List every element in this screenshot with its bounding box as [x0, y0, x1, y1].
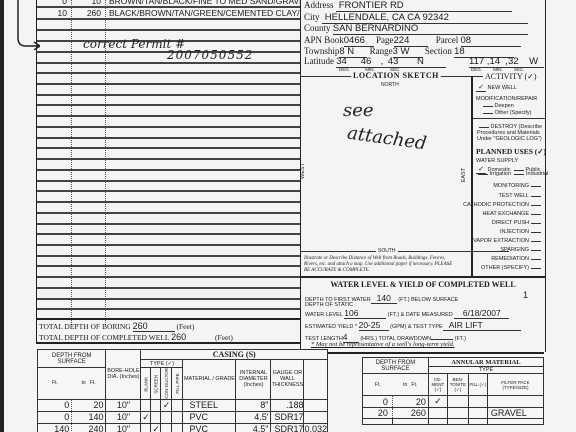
static-level-value: 106	[344, 308, 386, 319]
east-label: EAST	[461, 168, 467, 182]
deepen-label: Deepen	[495, 103, 514, 109]
bore: 10"	[106, 399, 141, 411]
new-well-checkbox[interactable]: ✓	[476, 83, 486, 92]
header-type: TYPE (✓)	[141, 360, 183, 368]
unit: (Feet)	[215, 333, 233, 342]
label: Page	[376, 35, 394, 45]
label: ESTIMATED YIELD *	[305, 324, 357, 330]
header-gauge: GAUGE OR WALL THICKNESS	[271, 360, 304, 400]
county-row: County SAN BERNARDINO	[304, 23, 528, 35]
handwritten-see: see	[343, 100, 374, 121]
to: to	[403, 382, 407, 388]
bentonite-check	[447, 396, 468, 408]
well-location-panel: WELL LOCATION Address FRONTIER RD City H…	[300, 0, 546, 352]
south-label: SOUTH	[376, 248, 398, 254]
label: Parcel	[436, 35, 459, 45]
to: 140	[72, 411, 106, 423]
geologic-log-panel: 0 10 BROWN/TAN/BLACK/FINE TO MED SAND/GR…	[36, 0, 301, 342]
industrial-label: Industrial	[526, 171, 548, 177]
diameter: 4.5"	[236, 423, 271, 432]
header-screen: SCREEN	[151, 368, 161, 400]
material: PVC	[183, 411, 236, 423]
annular-row: 0 20 ✓	[363, 396, 544, 408]
sparging-checkbox[interactable]	[531, 250, 541, 251]
injection-checkbox[interactable]	[531, 232, 541, 233]
diameter: 4.5'	[236, 411, 271, 423]
use-heat-exchange: HEAT EXCHANGE	[482, 211, 529, 217]
conductor-check	[161, 423, 172, 432]
use-cathodic: CATHODIC PROTECTION	[463, 202, 529, 208]
gauge: SDR17	[271, 411, 304, 423]
label: (GPM) & TEST TYPE	[390, 324, 443, 330]
total-depth-boring: TOTAL DEPTH OF BORING 260 (Feet)	[39, 321, 194, 332]
heat-exchange-checkbox[interactable]	[531, 214, 541, 215]
use-test-well: TEST WELL	[499, 193, 529, 199]
fill-check	[468, 408, 487, 419]
use-other: OTHER (SPECIFY)	[481, 265, 529, 271]
other-checkbox[interactable]	[483, 113, 493, 114]
gauge: .188	[271, 399, 304, 411]
label: County	[304, 23, 331, 33]
header-depth: DEPTH FROM SURFACE	[363, 358, 429, 374]
annular-table: DEPTH FROM SURFACE ANNULAR MATERIAL TYPE…	[362, 357, 544, 425]
label: APN Book	[304, 35, 344, 45]
location-sketch-title: LOCATION SKETCH	[351, 71, 441, 80]
header-blank: BLANK	[141, 368, 151, 400]
header-bentonite: BEN-TONITE (✓)	[447, 374, 468, 396]
blank-check: ✓	[141, 411, 151, 423]
water-level-title: WATER LEVEL & YIELD OF COMPLETED WELL	[301, 280, 545, 289]
lon-dir: W	[529, 56, 538, 67]
address-row: Address FRONTIER RD	[304, 0, 512, 12]
drawdown-value	[431, 339, 453, 340]
use-remediation: REMEDIATION	[491, 256, 529, 262]
ft: Ft.	[90, 380, 96, 386]
lat-deg: 34	[336, 56, 347, 67]
lat-min: 46	[361, 56, 372, 67]
bentonite-check	[447, 408, 468, 419]
blank-check	[141, 399, 151, 411]
bracket-arrow-icon	[0, 0, 40, 50]
header-ft: Ft.	[38, 368, 72, 400]
header-depth: DEPTH FROM SURFACE	[38, 350, 106, 368]
annular-row: 20 260 GRAVEL	[363, 408, 544, 419]
header-material: MATERIAL / GRADE	[183, 360, 236, 400]
industrial-checkbox[interactable]	[514, 174, 524, 175]
label: City	[304, 12, 320, 22]
casing-title: CASING (S)	[141, 350, 328, 360]
label: Township	[304, 46, 339, 56]
water-supply-label: WATER SUPPLY	[476, 158, 518, 164]
page-number: 1	[523, 290, 528, 300]
material: PVC	[183, 423, 236, 432]
header-bore: BORE-HOLE DIA. (Inches)	[106, 350, 141, 400]
label: TOTAL DEPTH OF BORING	[39, 322, 131, 331]
to: 20	[72, 399, 106, 411]
direct-push-checkbox[interactable]	[531, 223, 541, 224]
casing-row: 0 140 10" ✓ PVC 4.5' SDR17	[38, 411, 328, 423]
destroy-checkbox[interactable]	[479, 127, 489, 128]
label: (Ft.) & DATE MEASURED	[388, 312, 453, 318]
lat-dir: N	[417, 56, 424, 67]
unit: (Feet)	[176, 322, 194, 331]
header-to-ft: to Ft.	[392, 374, 428, 396]
log-from: 10	[47, 8, 67, 18]
activity-title: ACTIVITY (✓)	[483, 72, 539, 81]
other-use-checkbox[interactable]	[531, 268, 541, 269]
label: WATER LEVEL	[305, 312, 343, 318]
casing-row: 0 20 10" ✓ STEEL 8" .188	[38, 399, 328, 411]
vapor-extraction-checkbox[interactable]	[531, 241, 541, 242]
total-depth-boring-value: 260	[133, 321, 175, 332]
lat-sec: 43	[388, 56, 399, 67]
fill-check	[172, 411, 183, 423]
from: 20	[363, 408, 393, 419]
to: to	[82, 380, 86, 386]
north-label: NORTH	[381, 82, 399, 88]
conductor-check: ✓	[161, 399, 172, 411]
from: 140	[38, 423, 72, 432]
casing-row: 140 240 10" ✓ PVC 4.5" SDR17 0.032	[38, 423, 328, 432]
test-type-value: AIR LIFT	[443, 320, 521, 331]
cathodic-checkbox[interactable]	[531, 205, 541, 206]
annular-title: ANNULAR MATERIAL	[428, 358, 543, 367]
ft: Ft.	[411, 382, 417, 388]
log-description: BLACK/BROWN/TAN/GREEN/CEMENTED CLAY/	[109, 8, 300, 18]
header-ft: Ft.	[363, 374, 393, 396]
use-direct-push: DIRECT PUSH	[492, 220, 529, 226]
casing-table: DEPTH FROM SURFACE BORE-HOLE DIA. (Inche…	[37, 349, 328, 432]
remediation-checkbox[interactable]	[531, 259, 541, 260]
handwritten-permit-number: 2007050552	[167, 48, 253, 62]
test-well-checkbox[interactable]	[531, 196, 541, 197]
log-row: 10 260 BLACK/BROWN/TAN/GREEN/CEMENTED CL…	[37, 8, 301, 18]
bore: 10"	[106, 423, 141, 432]
fill-check	[172, 423, 183, 432]
material: STEEL	[183, 399, 236, 411]
use-sparging: SPARGING	[500, 247, 529, 253]
first-water-value: 140	[371, 293, 397, 304]
use-monitoring: MONITORING	[493, 183, 529, 189]
unit: DEG.	[471, 67, 482, 72]
label: Section	[425, 46, 452, 56]
header-diameter: INTERNAL DIAMETER (Inches)	[236, 360, 271, 400]
from: 0	[38, 411, 72, 423]
yield-value: 20-25	[359, 320, 389, 331]
lon-deg: 117	[469, 56, 484, 67]
slot: 0.032	[304, 423, 328, 432]
irrigation-label: Irrigation	[490, 171, 511, 177]
header-conductor: CON-DUCTOR	[161, 368, 172, 400]
header-cement: CE-MENT (✓)	[428, 374, 447, 396]
yield-footnote: * May not be representative of a well's …	[311, 341, 455, 348]
filter-pack: GRAVEL	[487, 408, 543, 419]
label: Latitude	[304, 56, 334, 66]
screen-check: ✓	[151, 423, 161, 432]
to: 260	[392, 408, 428, 419]
unit: DEG.	[339, 67, 350, 72]
gauge: SDR17	[271, 423, 304, 432]
slot	[304, 399, 328, 411]
lon-min: 14	[489, 56, 500, 67]
west-label: WEST	[300, 163, 306, 179]
new-well-label: NEW WELL	[488, 85, 517, 91]
slot	[304, 411, 328, 423]
header-to-ft: to Ft.	[72, 368, 106, 400]
fill-check	[468, 396, 487, 408]
label: Address	[304, 0, 334, 10]
log-to: 260	[75, 8, 101, 18]
filter-pack	[487, 396, 543, 408]
from: 0	[38, 399, 72, 411]
blank-check	[141, 423, 151, 432]
planned-uses-title: PLANNED USES (✓)	[476, 147, 546, 156]
label: TOTAL DEPTH OF COMPLETED WELL	[39, 333, 169, 342]
header-fill-pipe: FILL PIPE	[172, 368, 183, 400]
fill-check	[172, 399, 183, 411]
sketch-instructions: Illustrate or Describe Distance of Well …	[304, 256, 454, 274]
address-value: FRONTIER RD	[336, 0, 512, 12]
from: 0	[363, 396, 393, 408]
header-type: TYPE	[428, 367, 543, 374]
bore: 10"	[106, 411, 141, 423]
label: (Ft.) BELOW SURFACE	[398, 297, 458, 303]
unit: (Ft.)	[455, 336, 466, 342]
diameter: 8"	[236, 399, 271, 411]
page-edge	[0, 0, 4, 432]
irrigation-checkbox[interactable]	[478, 174, 488, 175]
to: 240	[72, 423, 106, 432]
header-fill: FILL (✓)	[468, 374, 487, 396]
modification-label: MODIFICATION/REPAIR	[476, 96, 537, 102]
screen-check	[151, 411, 161, 423]
use-vapor-extraction: VAPOR EXTRACTION	[473, 238, 529, 244]
other-label: Other (Specify)	[495, 110, 532, 116]
screen-check	[151, 399, 161, 411]
header-filter: FILTER PACK (TYPE/SIZE)	[487, 374, 543, 396]
date-measured-value: 6/18/2007	[454, 308, 509, 319]
county-value: SAN BERNARDINO	[333, 23, 528, 35]
lon-sec: 32	[508, 56, 519, 67]
cement-check: ✓	[428, 396, 447, 408]
conductor-check	[161, 411, 172, 423]
monitoring-checkbox[interactable]	[531, 186, 541, 187]
use-injection: INJECTION	[500, 229, 529, 235]
to: 20	[392, 396, 428, 408]
deepen-checkbox[interactable]	[483, 106, 493, 107]
handwritten-attached: attached	[346, 123, 428, 155]
label: Range	[370, 46, 393, 56]
cement-check	[428, 408, 447, 419]
